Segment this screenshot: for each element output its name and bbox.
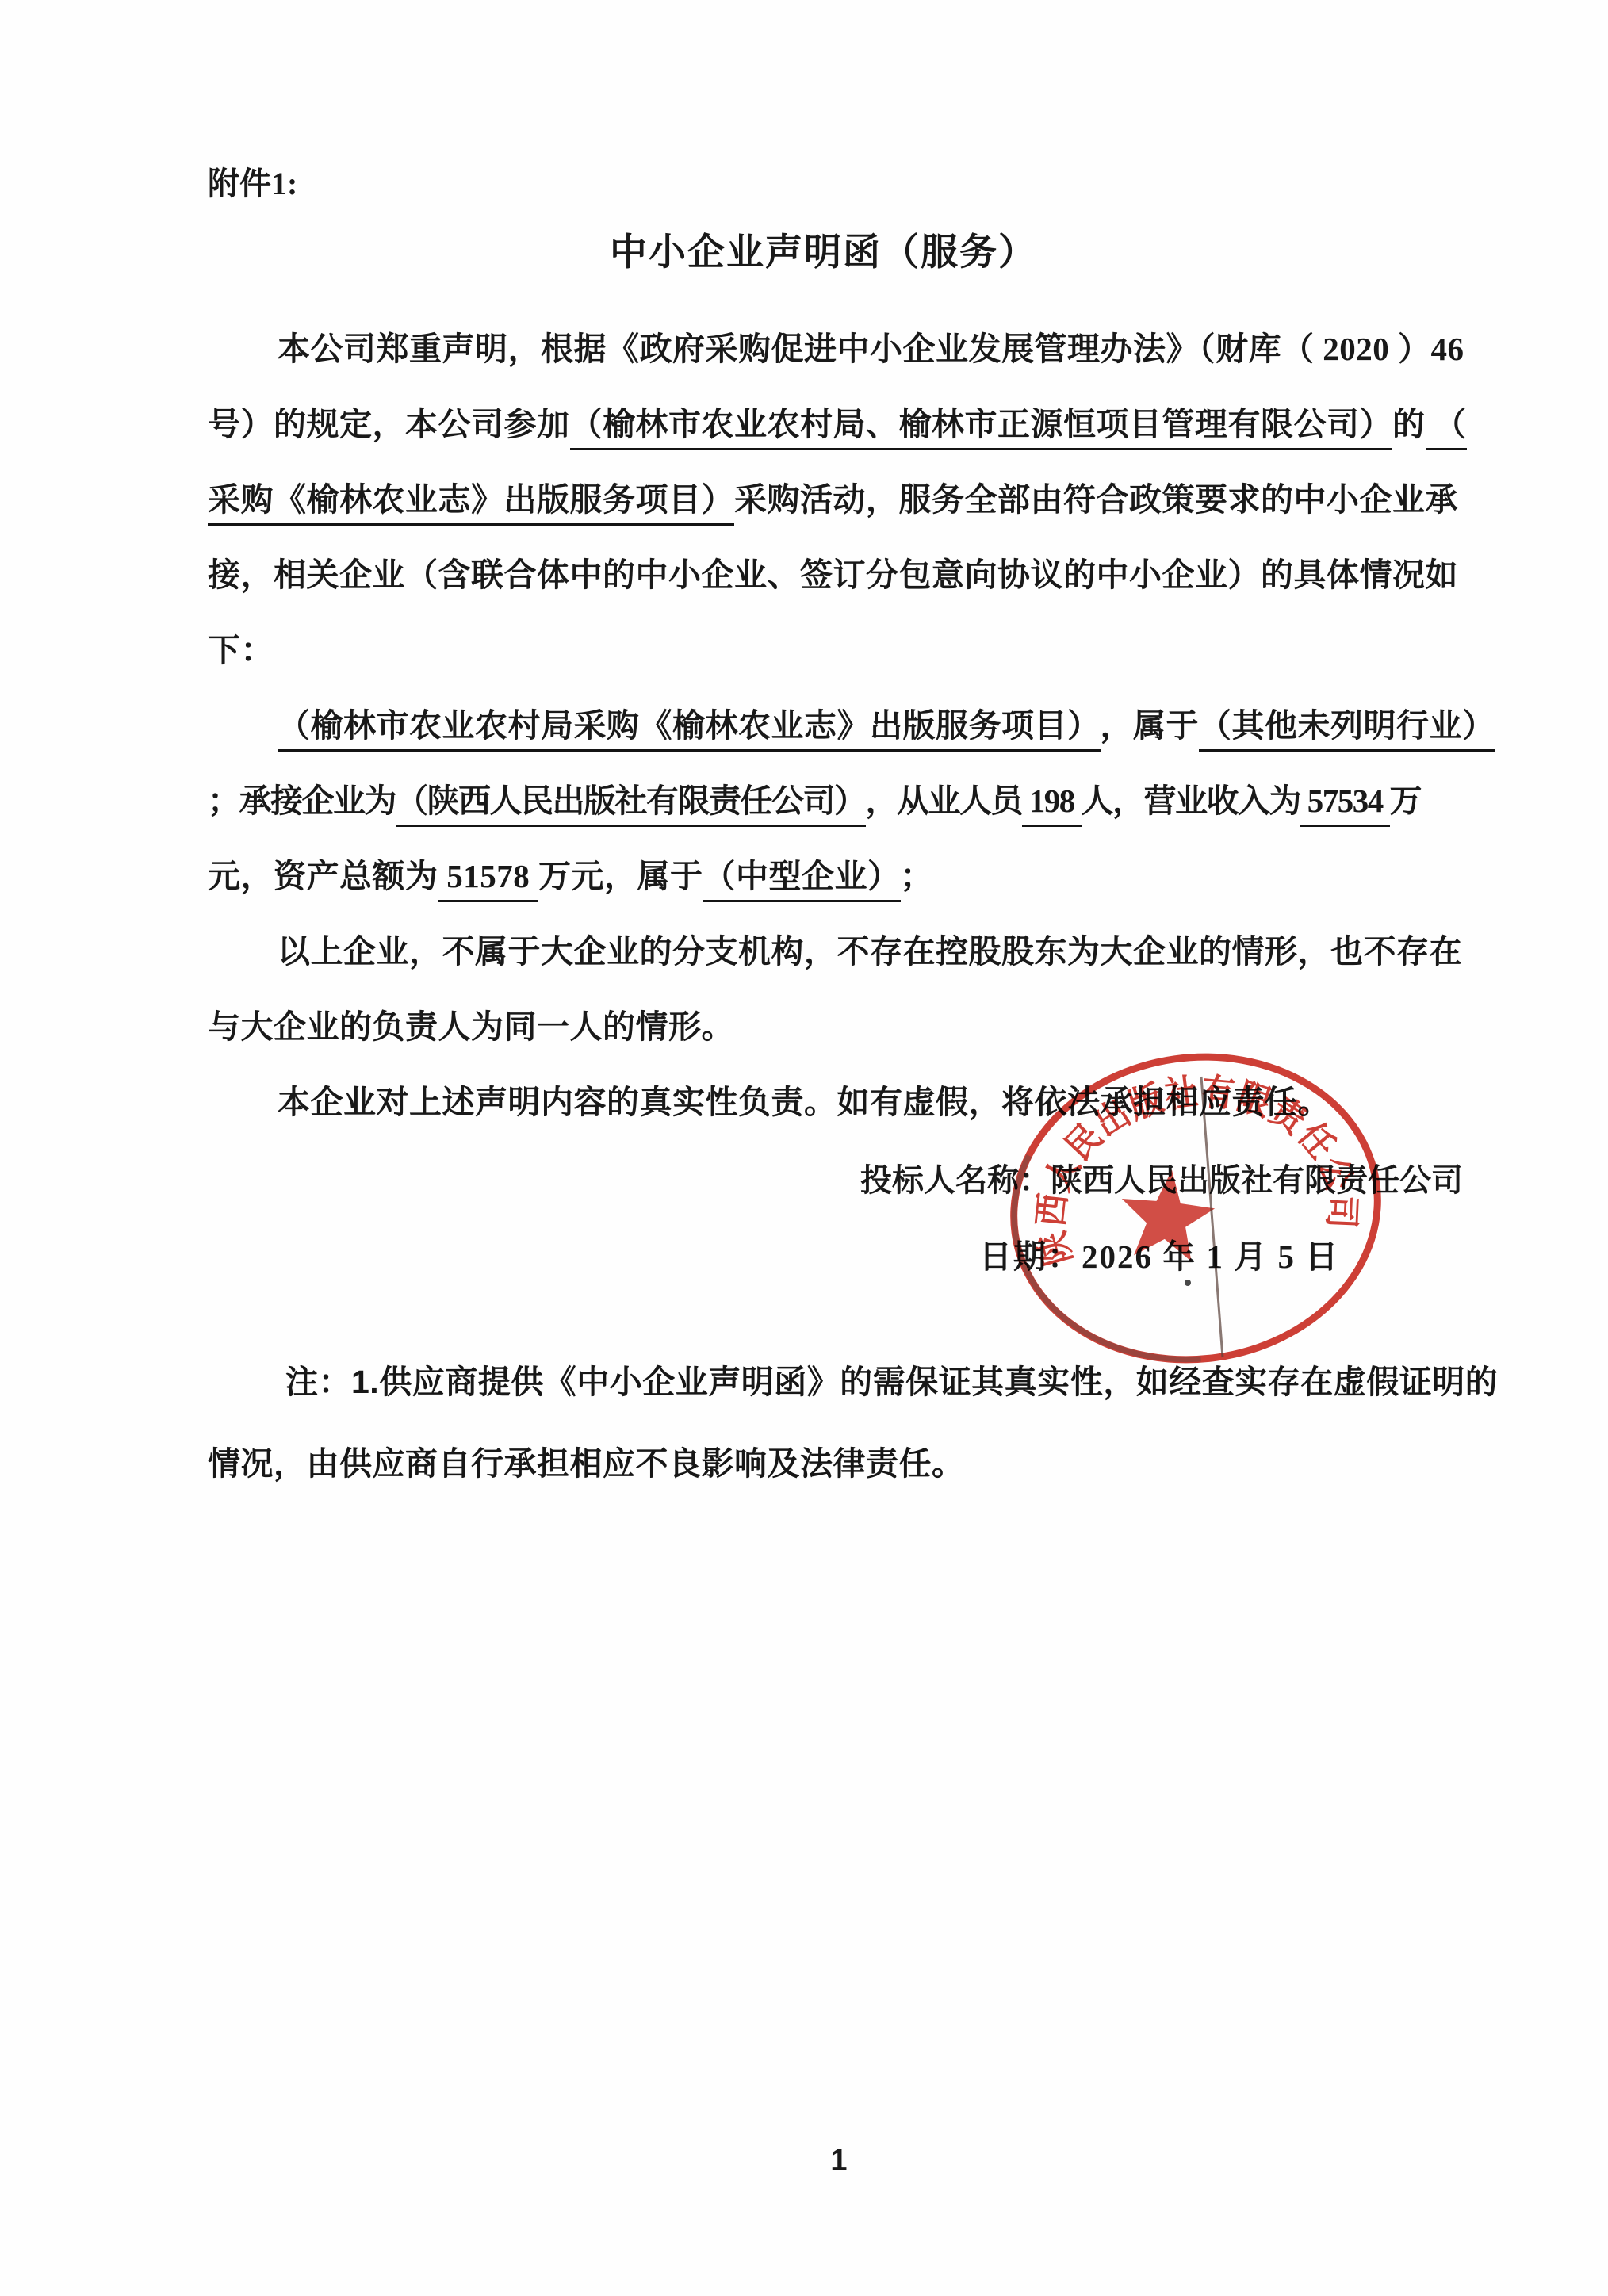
- document-line: ；承接企业为（陕西人民出版社有限责任公司），从业人员 198 人，营业收入为 5…: [208, 781, 1421, 827]
- underlined-field: 57534: [1300, 781, 1390, 827]
- text-segment: 本企业对上述声明内容的真实性负责。如有虚假，将依法承担相应责任。: [278, 1082, 1330, 1122]
- text-segment: 接，相关企业（含联合体中的中小企业、签订分包意向协议的中小企业）的具体情况如: [208, 555, 1458, 595]
- document-line: 本公司郑重声明，根据《政府采购促进中小企业发展管理办法》（财库（ 2020 ）4…: [278, 329, 1464, 369]
- text-segment: 万元，属于: [538, 856, 703, 896]
- document-line: 本企业对上述声明内容的真实性负责。如有虚假，将依法承担相应责任。: [278, 1082, 1330, 1122]
- attachment-label: 附件1:: [208, 159, 297, 204]
- text-segment: 元，资产总额为: [208, 856, 438, 896]
- text-segment: 以上企业，不属于大企业的分支机构，不存在控股股东为大企业的情形，也不存在: [278, 932, 1462, 971]
- text-segment: 采购活动，服务全部由符合政策要求的中小企业承: [734, 480, 1458, 519]
- text-segment: ，属于: [1101, 706, 1200, 745]
- underlined-field: （榆林市农业农村局、榆林市正源恒项目管理有限公司）: [570, 404, 1393, 450]
- page-number: 1: [807, 2144, 871, 2178]
- underlined-field: （其他未列明行业）: [1199, 706, 1495, 752]
- text-segment: 万: [1390, 781, 1422, 821]
- text-segment: ，从业人员: [866, 781, 1023, 821]
- text-segment: 的: [1392, 404, 1426, 444]
- ink-dot-artifact: [1185, 1280, 1191, 1286]
- date-line: 日期：2026 年 1 月 5 日: [979, 1230, 1339, 1277]
- underlined-field: 198: [1022, 781, 1082, 827]
- note-line-2: 情况，由供应商自行承担相应不良影响及法律责任。: [208, 1437, 965, 1484]
- document-line: 号）的规定，本公司参加（榆林市农业农村局、榆林市正源恒项目管理有限公司）的 （: [208, 404, 1467, 450]
- text-segment: 人，营业收入为: [1082, 781, 1301, 821]
- underlined-field: 采购《榆林农业志》出版服务项目）: [208, 480, 734, 526]
- page-title: 中小企业声明函（服务）: [208, 223, 1439, 276]
- text-segment: 本公司郑重声明，根据《政府采购促进中小企业发展管理办法》（财库（ 2020 ）4…: [278, 329, 1464, 369]
- document-line: 采购《榆林农业志》出版服务项目）采购活动，服务全部由符合政策要求的中小企业承: [208, 480, 1458, 526]
- text-segment: 号）的规定，本公司参加: [208, 404, 570, 444]
- document-page: 附件1: 中小企业声明函（服务） 本公司郑重声明，根据《政府采购促进中小企业发展…: [0, 0, 1608, 2296]
- note-line-1: 注：1.供应商提供《中小企业声明函》的需保证其真实性，如经查实存在虚假证明的: [285, 1356, 1498, 1402]
- underlined-field: （: [1426, 404, 1467, 450]
- document-line: 元，资产总额为 51578 万元，属于（中型企业）；: [208, 856, 933, 902]
- text-segment: 下：: [208, 630, 274, 670]
- underlined-field: 51578: [438, 856, 539, 902]
- text-segment: 与大企业的负责人为同一人的情形。: [208, 1007, 734, 1047]
- bidder-name-line: 投标人名称：陕西人民出版社有限责任公司: [860, 1155, 1463, 1200]
- document-line: 以上企业，不属于大企业的分支机构，不存在控股股东为大企业的情形，也不存在: [278, 932, 1462, 971]
- underlined-field: （榆林市农业农村局采购《榆林农业志》出版服务项目）: [278, 706, 1101, 752]
- document-line: 下：: [208, 630, 274, 670]
- document-line: 接，相关企业（含联合体中的中小企业、签订分包意向协议的中小企业）的具体情况如: [208, 555, 1458, 595]
- underlined-field: （中型企业）: [703, 856, 901, 902]
- document-line: 与大企业的负责人为同一人的情形。: [208, 1007, 734, 1047]
- underlined-field: （陕西人民出版社有限责任公司）: [396, 781, 866, 827]
- text-segment: ；: [901, 856, 934, 896]
- document-line: （榆林市农业农村局采购《榆林农业志》出版服务项目），属于（其他未列明行业）: [278, 706, 1495, 752]
- text-segment: ；承接企业为: [208, 781, 396, 821]
